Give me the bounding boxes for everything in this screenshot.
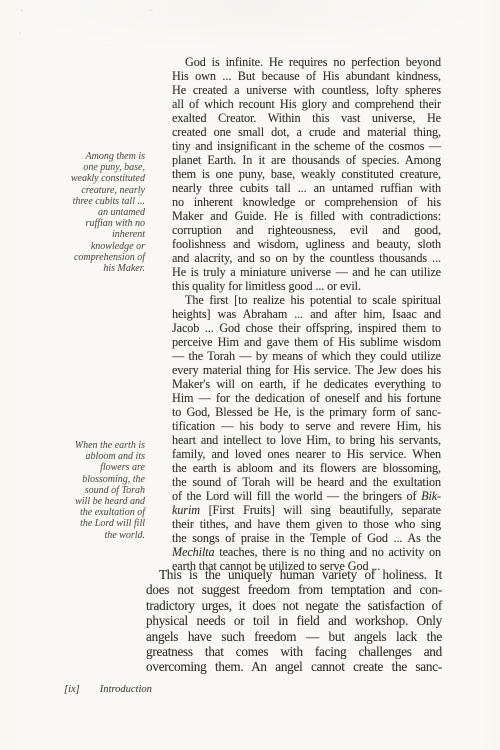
text-line: the world.: [25, 530, 145, 541]
text-line: He is truly a miniature universe — and h…: [172, 265, 441, 279]
text-line: sound of Torah: [25, 485, 145, 496]
text-line: This is the uniquely human variety of ho…: [146, 567, 442, 582]
text-line: the exultation of: [25, 507, 145, 518]
page-footer: [ix] Introduction: [64, 684, 152, 695]
text-line: He created a universe with countless, lo…: [172, 83, 441, 97]
text-line: kurim [First Fruits] will sing beautiful…: [172, 503, 441, 517]
text-line: corruption and righteousness, evil and g…: [172, 223, 441, 237]
text-line: Maker and Guide. He is filled with contr…: [172, 209, 441, 223]
body-paragraph: This is the uniquely human variety of ho…: [146, 567, 442, 675]
text-line: of the Lord will fill the world — the br…: [172, 489, 441, 503]
scan-speck: [19, 32, 21, 34]
text-line: flowers are: [25, 462, 145, 473]
quote-paragraph-2: The first [to realize his potential to s…: [172, 293, 441, 573]
margin-note-creature: Among them isone puny, base,weakly const…: [25, 151, 145, 274]
text-line: every material thing for His service. Th…: [172, 363, 441, 377]
text-line: — the Torah — by means of which they cou…: [172, 349, 441, 363]
footer-section-title: Introduction: [100, 684, 152, 695]
text-line: an untamed: [25, 207, 145, 218]
text-line: blossoming, the: [25, 474, 145, 485]
text-line: exalted Creator. Within this vast univer…: [172, 111, 441, 125]
scan-speck: [150, 9, 153, 11]
text-line: to God, Blessed be He, is the primary fo…: [172, 405, 441, 419]
text-line: them is one puny, base, weakly constitut…: [172, 167, 441, 181]
text-line: tification — his body to serve and rever…: [172, 419, 441, 433]
text-line: abloom and its: [25, 451, 145, 462]
text-line: planet Earth. In it are thousands of spe…: [172, 153, 441, 167]
text-line: inherent: [25, 229, 145, 240]
text-line: Among them is: [25, 151, 145, 162]
text-line: created one small dot, a crude and mater…: [172, 125, 441, 139]
text-line: does not suggest freedom from temptation…: [146, 582, 442, 597]
text-line: physical needs or toil in field and work…: [146, 613, 442, 628]
text-line: overcoming them. An angel cannot create …: [146, 659, 442, 674]
text-line: this quality for limitless good ... or e…: [172, 279, 441, 293]
text-line: his Maker.: [25, 263, 145, 274]
text-line: creature, nearly: [25, 185, 145, 196]
text-line: His own ... But because of His abundant …: [172, 69, 441, 83]
text-line: the sound of Torah will be heard and the…: [172, 475, 441, 489]
text-line: one puny, base,: [25, 162, 145, 173]
text-line: their tithes, and have them given to tho…: [172, 517, 441, 531]
text-line: greatness that comes with facing challen…: [146, 644, 442, 659]
text-line: foolishness and wisdom, ugliness and bea…: [172, 237, 441, 251]
text-line: weakly constituted: [25, 173, 145, 184]
scan-speck: [21, 9, 23, 12]
text-line: Maker's will on earth, if he dedicates e…: [172, 377, 441, 391]
footer-page-number: [ix]: [64, 684, 80, 695]
margin-note-earth-abloom: When the earth isabloom and itsflowers a…: [25, 440, 145, 541]
text-line: all of which recount His glory and compr…: [172, 97, 441, 111]
text-line: Jacob ... God chose their offspring, ins…: [172, 321, 441, 335]
text-line: God is infinite. He requires no perfecti…: [172, 55, 441, 69]
text-line: knowledge or: [25, 241, 145, 252]
text-line: and alacrity, and so on by the countless…: [172, 251, 441, 265]
book-page: Among them isone puny, base,weakly const…: [0, 0, 500, 750]
quote-paragraph-1: God is infinite. He requires no perfecti…: [172, 55, 441, 293]
text-line: angels have such freedom — but angels la…: [146, 629, 442, 644]
text-line: heart and intellect to love Him, to brin…: [172, 433, 441, 447]
text-line: Him — for the dedication of oneself and …: [172, 391, 441, 405]
text-line: comprehension of: [25, 252, 145, 263]
text-line: tradictory urges, it does not negate the…: [146, 598, 442, 613]
text-line: the earth is abloom and its flowers are …: [172, 461, 441, 475]
text-line: Mechilta teaches, there is no thing and …: [172, 545, 441, 559]
text-line: The first [to realize his potential to s…: [172, 293, 441, 307]
text-line: three cubits tall ...: [25, 196, 145, 207]
text-line: heights] was Abraham ... and after him, …: [172, 307, 441, 321]
text-line: the Lord will fill: [25, 518, 145, 529]
text-line: will be heard and: [25, 496, 145, 507]
text-line: nearly three cubits tall ... an untamed …: [172, 181, 441, 195]
text-line: family, and loved ones nearer to His ser…: [172, 447, 441, 461]
scan-speck: [108, 44, 110, 46]
text-line: no inherent knowledge or comprehension o…: [172, 195, 441, 209]
text-line: the songs of praise in the Temple of God…: [172, 531, 441, 545]
text-line: tiny and insignificant in the scheme of …: [172, 139, 441, 153]
text-line: When the earth is: [25, 440, 145, 451]
text-line: perceive Him and gave them of His sublim…: [172, 335, 441, 349]
text-line: ruffian with no: [25, 218, 145, 229]
quote-block: God is infinite. He requires no perfecti…: [172, 55, 441, 573]
